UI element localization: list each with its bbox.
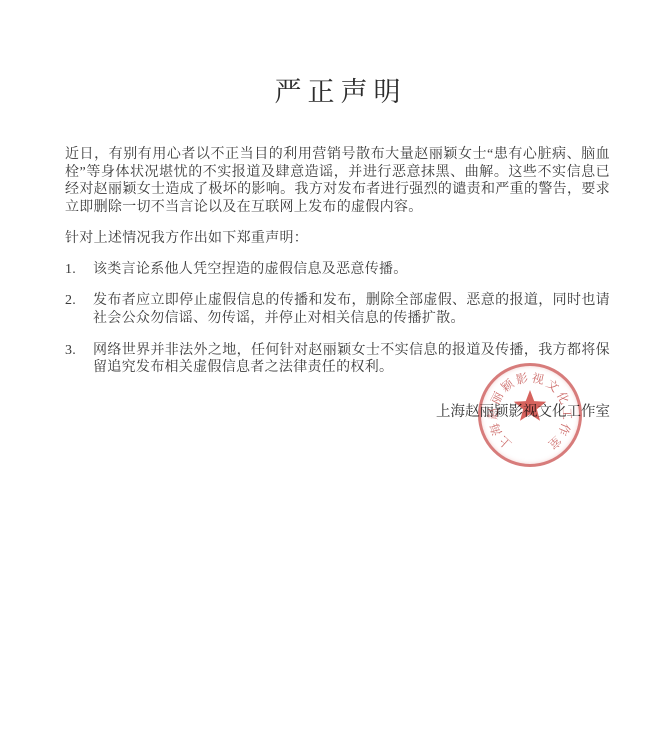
stamp-arc-char: 室	[545, 433, 565, 453]
statement-item-2: 2. 发布者应立即停止虚假信息的传播和发布，删除全部虚假、恶意的报道，同时也请社…	[65, 292, 610, 327]
stamp-arc-char: 颖	[498, 376, 518, 396]
statement-item-text: 该类言论系他人凭空捏造的虚假信息及恶意传播。	[93, 261, 610, 279]
statement-item-text: 发布者应立即停止虚假信息的传播和发布，删除全部虚假、恶意的报道，同时也请社会公众…	[93, 292, 610, 327]
stamp-arc-char: 文	[543, 376, 563, 396]
statement-item-number: 3.	[65, 342, 93, 377]
declaration-lead-paragraph: 针对上述情况我方作出如下郑重声明：	[65, 230, 610, 248]
statement-item-text: 网络世界并非法外之地，任何针对赵丽颖女士不实信息的报道及传播，我方都将保留追究发…	[93, 342, 610, 377]
stamp-arc-char: 上	[495, 433, 515, 453]
intro-paragraph: 近日，有别有用心者以不正当目的利用营销号散布大量赵丽颖女士“患有心脏病、脑血栓”…	[65, 146, 610, 217]
statement-document: 严正声明 近日，有别有用心者以不正当目的利用营销号散布大量赵丽颖女士“患有心脏病…	[0, 0, 671, 746]
statement-item-3: 3. 网络世界并非法外之地，任何针对赵丽颖女士不实信息的报道及传播，我方都将保留…	[65, 342, 610, 377]
statement-item-number: 1.	[65, 261, 93, 279]
signature-line: 上海赵丽颖影视文化工作室	[65, 403, 610, 421]
document-title: 严正声明	[65, 76, 610, 108]
stamp-arc-char: 海	[487, 420, 505, 438]
statement-list: 1. 该类言论系他人凭空捏造的虚假信息及恶意传播。 2. 发布者应立即停止虚假信…	[65, 261, 610, 378]
statement-item-1: 1. 该类言论系他人凭空捏造的虚假信息及恶意传播。	[65, 261, 610, 279]
stamp-arc-char: 作	[555, 420, 573, 438]
statement-item-number: 2.	[65, 292, 93, 327]
